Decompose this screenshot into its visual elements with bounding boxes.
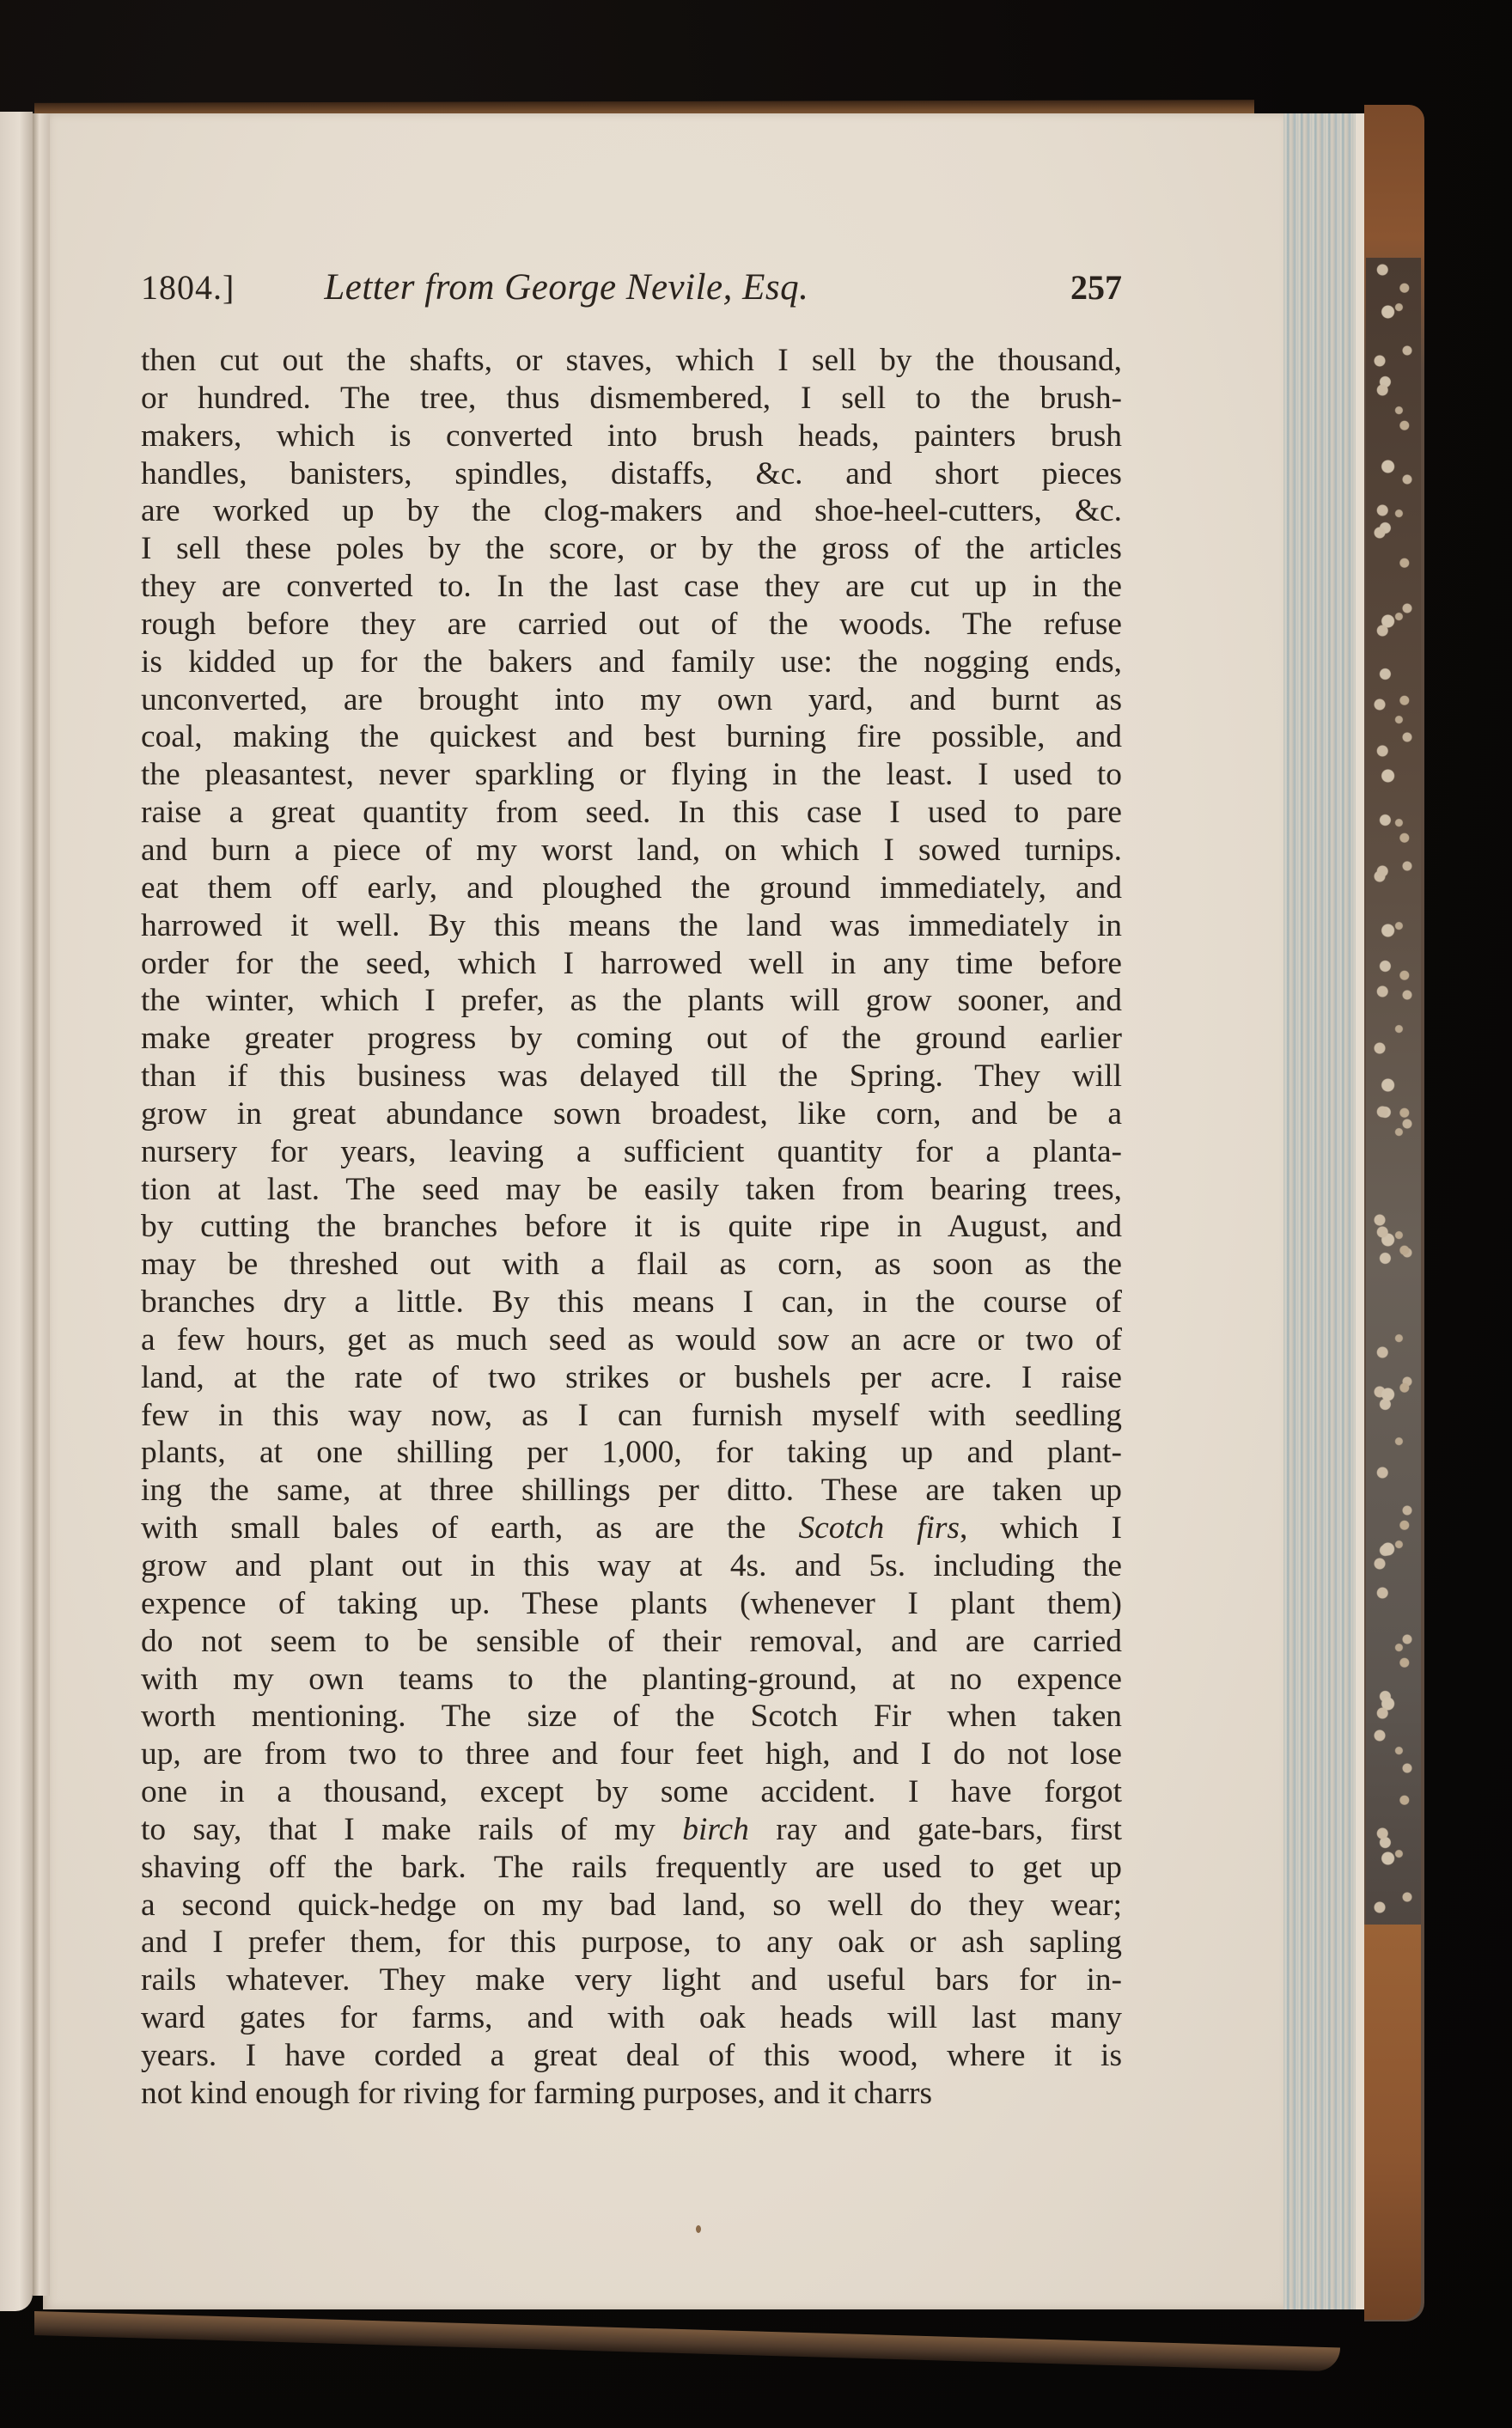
text-line: one in a thousand, except by some accide… (141, 1773, 1122, 1811)
text-line: ward gates for farms, and with oak heads… (141, 1999, 1122, 2037)
leather-corner (1364, 1925, 1421, 2320)
header-year: 1804.] (141, 267, 235, 308)
text-line: land, at the rate of two strikes or bush… (141, 1359, 1122, 1397)
text-line: unconverted, are brought into my own yar… (141, 681, 1122, 719)
text-line: with my own teams to the planting-ground… (141, 1661, 1122, 1699)
text-line: the pleasantest, never sparkling or flyi… (141, 756, 1122, 794)
text-line: ing the same, at three shillings per dit… (141, 1472, 1122, 1510)
italic-term: birch (682, 1812, 749, 1847)
header-title: Letter from George Nevile, Esq. (324, 266, 808, 308)
text-line: harrowed it well. By this means the land… (141, 907, 1122, 945)
italic-term: Scotch firs (798, 1510, 959, 1546)
text-line: plants, at one shilling per 1,000, for t… (141, 1434, 1122, 1472)
text-line: eat them off early, and ploughed the gro… (141, 869, 1122, 907)
text-line: nursery for years, leaving a sufficient … (141, 1133, 1122, 1171)
page-gutter (33, 113, 50, 2296)
marbled-cover-strip (1366, 258, 1421, 1933)
text-line: worth mentioning. The size of the Scotch… (141, 1698, 1122, 1736)
text-line: make greater progress by coming out of t… (141, 1020, 1122, 1058)
text-line: coal, making the quickest and best burni… (141, 718, 1122, 756)
text-line: with small bales of earth, as are the Sc… (141, 1510, 1122, 1547)
text-line: expence of taking up. These plants (when… (141, 1585, 1122, 1623)
text-line: not kind enough for riving for farming p… (141, 2075, 1122, 2113)
text-line: by cutting the branches before it is qui… (141, 1208, 1122, 1246)
running-head: 1804.] Letter from George Nevile, Esq. 2… (141, 266, 1122, 318)
text-line: up, are from two to three and four feet … (141, 1736, 1122, 1773)
text-line: grow and plant out in this way at 4s. an… (141, 1547, 1122, 1585)
previous-leaf-edge (0, 112, 33, 2311)
paper-speck (696, 2225, 701, 2233)
text-line: a few hours, get as much seed as would s… (141, 1321, 1122, 1359)
text-line: the winter, which I prefer, as the plant… (141, 982, 1122, 1020)
text-line: rough before they are carried out of the… (141, 606, 1122, 644)
text-line: than if this business was delayed till t… (141, 1058, 1122, 1095)
text-line: and I prefer them, for this purpose, to … (141, 1924, 1122, 1961)
body-text: then cut out the shafts, or staves, whic… (141, 342, 1122, 2113)
page-number: 257 (1070, 267, 1122, 308)
text-line: order for the seed, which I harrowed wel… (141, 945, 1122, 983)
text-line: may be threshed out with a flail as corn… (141, 1246, 1122, 1284)
text-line: branches dry a little. By this means I c… (141, 1284, 1122, 1321)
text-line: handles, banisters, spindles, distaffs, … (141, 455, 1122, 493)
text-line: grow in great abundance sown broadest, l… (141, 1095, 1122, 1133)
text-line: years. I have corded a great deal of thi… (141, 2037, 1122, 2075)
text-line: few in this way now, as I can furnish my… (141, 1397, 1122, 1435)
text-line: and burn a piece of my worst land, on wh… (141, 832, 1122, 869)
text-line: rails whatever. They make very light and… (141, 1961, 1122, 1999)
text-line: raise a great quantity from seed. In thi… (141, 794, 1122, 832)
text-line: are worked up by the clog-makers and sho… (141, 492, 1122, 530)
text-line: a second quick-hedge on my bad land, so … (141, 1887, 1122, 1925)
text-line: makers, which is converted into brush he… (141, 418, 1122, 455)
text-line: or hundred. The tree, thus dismembered, … (141, 380, 1122, 418)
text-line: tion at last. The seed may be easily tak… (141, 1171, 1122, 1209)
text-line: to say, that I make rails of my birch ra… (141, 1811, 1122, 1849)
text-line: shaving off the bark. The rails frequent… (141, 1849, 1122, 1887)
text-line: is kidded up for the bakers and family u… (141, 644, 1122, 681)
page-block-fore-edge (1283, 113, 1364, 2309)
text-line: do not seem to be sensible of their remo… (141, 1623, 1122, 1661)
text-line: they are converted to. In the last case … (141, 568, 1122, 606)
text-line: I sell these poles by the score, or by t… (141, 530, 1122, 568)
text-line: then cut out the shafts, or staves, whic… (141, 342, 1122, 380)
